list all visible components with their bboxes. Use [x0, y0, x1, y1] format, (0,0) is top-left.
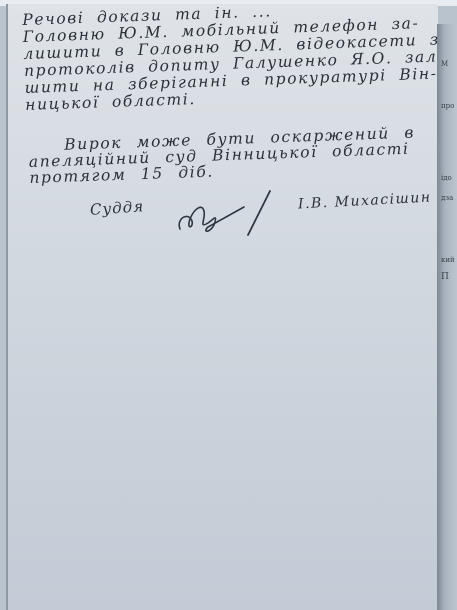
document-page: Речові докази та ін. ... Головню Ю.М. мо… — [6, 4, 438, 610]
ruling-text: Речові докази та ін. ... Головню Ю.М. мо… — [22, 0, 445, 114]
judge-label: Суддя — [89, 197, 144, 219]
appeal-notice: Вирок може бути оскаржений в апеляційний… — [28, 123, 449, 186]
signature-icon — [174, 189, 284, 239]
judge-name: І.В. Михасішин — [298, 190, 432, 213]
signature-block: Суддя І.В. Михасішин — [88, 189, 448, 239]
underlying-page-edge: М про ідо дза кий П — [437, 24, 457, 610]
